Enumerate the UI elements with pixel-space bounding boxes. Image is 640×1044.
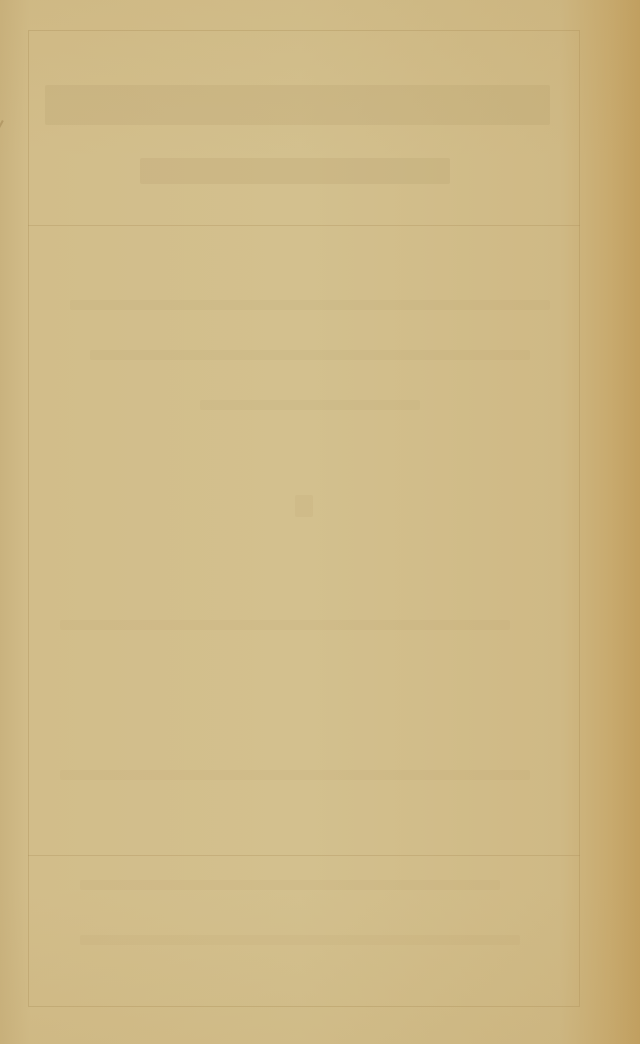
bleed-through-line — [80, 880, 500, 890]
bleed-through-line — [200, 400, 420, 410]
footer-rule — [28, 855, 580, 856]
bleed-through-subtitle — [140, 158, 450, 184]
bleed-through-line — [70, 300, 550, 310]
bleed-through-mark — [295, 495, 313, 517]
paper-crease — [0, 120, 4, 218]
bleed-through-line — [90, 350, 530, 360]
page-border-frame — [28, 30, 580, 1007]
bleed-through-line — [80, 935, 520, 945]
bleed-through-line — [60, 770, 530, 780]
header-rule — [28, 225, 580, 226]
bleed-through-title — [45, 85, 550, 125]
bleed-through-line — [60, 620, 510, 630]
book-page — [0, 0, 640, 1044]
